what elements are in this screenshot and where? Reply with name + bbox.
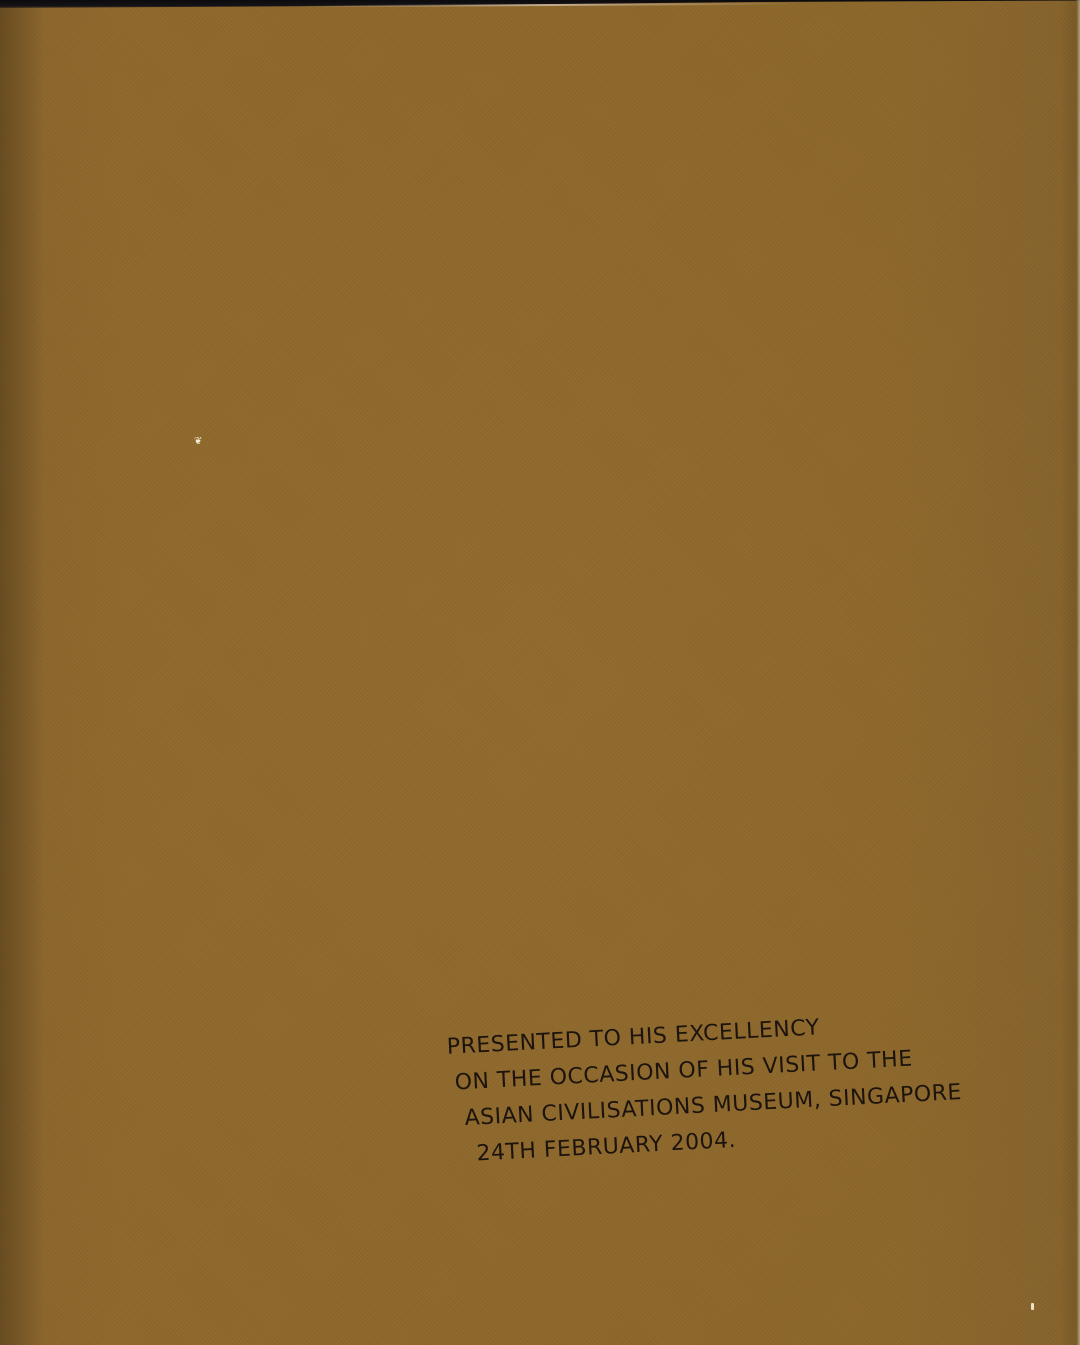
paper-speck-small bbox=[1031, 1303, 1034, 1310]
paper-speck-mark: ❦ bbox=[194, 437, 202, 447]
gutter-shadow bbox=[0, 0, 45, 1345]
right-page-edge bbox=[1076, 0, 1080, 1345]
